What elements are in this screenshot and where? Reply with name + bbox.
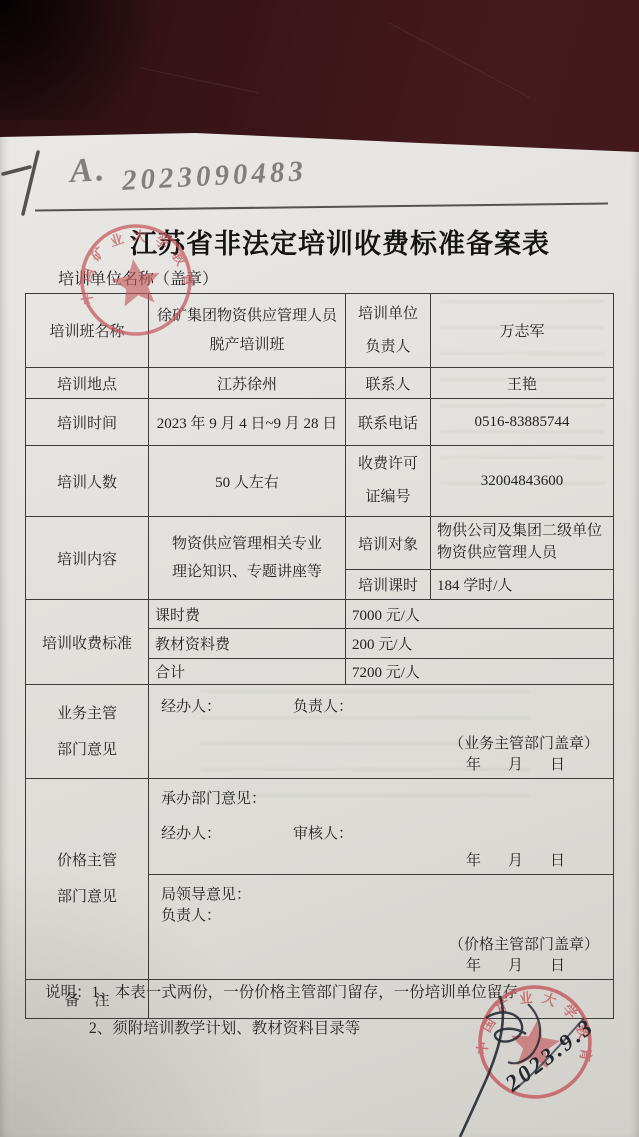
phone-value: 0516-83885744 [431, 399, 614, 446]
audience-label: 培训对象 [346, 517, 431, 570]
content-label: 培训内容 [26, 517, 149, 600]
handwritten-underline [35, 202, 608, 211]
price-dept-label: 价格主管 部门意见 [26, 779, 149, 980]
table-row: 业务主管 部门意见 经办人： 负责人： （业务主管部门盖章） 年 月 日 [26, 685, 614, 779]
section-title: 局领导意见： [161, 883, 601, 904]
table-row: 价格主管 部门意见 承办部门意见： 经办人： 审核人： 年 月 日 [26, 779, 614, 875]
reviewer-label: 审核人： [293, 822, 353, 843]
contact-value: 王艳 [431, 368, 614, 399]
content-value: 物资供应管理相关专业 理论知识、专题讲座等 [149, 517, 346, 600]
date-line: 年 月 日 [161, 849, 601, 870]
notes-block: 说明：1、本表一式两份，一份价格主管部门留存，一份培训单位留存 2、须附培训教学… [45, 980, 518, 1038]
unit-head-value: 万志军 [431, 294, 614, 368]
business-dept-opinion-cell: 经办人： 负责人： （业务主管部门盖章） 年 月 日 [149, 685, 614, 779]
note-line-1: 说明：1、本表一式两份，一份价格主管部门留存，一份培训单位留存 [45, 980, 518, 1002]
time-value: 2023 年 9 月 4 日~9 月 28 日 [149, 399, 346, 446]
fee-item-value: 7200 元/人 [346, 659, 614, 685]
star-icon [109, 256, 164, 308]
permit-value: 32004843600 [431, 446, 614, 517]
section-title: 承办部门意见： [161, 787, 601, 808]
photo-of-filing-form: A. 2023090483 江苏省非法定培训收费标准备案表 培训单位名称（盖章）… [0, 0, 639, 1137]
seal-note: （业务主管部门盖章） [161, 732, 601, 753]
price-dept-section1-cell: 承办部门意见： 经办人： 审核人： 年 月 日 [149, 779, 614, 875]
location-label: 培训地点 [26, 368, 149, 399]
handler-label: 经办人： [161, 695, 221, 716]
table-row: 培训内容 物资供应管理相关专业 理论知识、专题讲座等 培训对象 物供公司及集团二… [26, 517, 614, 570]
headcount-label: 培训人数 [26, 446, 149, 517]
handwritten-prefix: A. [69, 151, 108, 191]
fees-label: 培训收费标准 [26, 600, 149, 685]
audience-value: 物供公司及集团二级单位 物资供应管理人员 [431, 517, 614, 570]
headcount-value: 50 人左右 [149, 446, 346, 517]
handwritten-number: 2023090483 [121, 155, 307, 198]
business-dept-label: 业务主管 部门意见 [26, 685, 149, 779]
seal-note: （价格主管部门盖章） [161, 933, 601, 954]
paper-sheet: A. 2023090483 江苏省非法定培训收费标准备案表 培训单位名称（盖章）… [0, 0, 639, 1137]
table-row: 培训时间 2023 年 9 月 4 日~9 月 28 日 联系电话 0516-8… [26, 399, 614, 446]
fee-item-value: 200 元/人 [346, 629, 614, 659]
location-value: 江苏徐州 [149, 368, 346, 399]
price-dept-section2-cell: 局领导意见： 负责人： （价格主管部门盖章） 年 月 日 [149, 875, 614, 980]
fee-item-name: 教材资料费 [149, 629, 346, 659]
date-line: 年 月 日 [161, 753, 601, 774]
head-label: 负责人： [293, 695, 353, 716]
note-line-2: 2、须附培训教学计划、教材资料目录等 [45, 1016, 518, 1038]
unit-head-label: 培训单位负责人 [346, 294, 431, 368]
date-line: 年 月 日 [161, 954, 601, 975]
table-row: 培训地点 江苏徐州 联系人 王艳 [26, 368, 614, 399]
filing-form-table: 培训班名称 徐矿集团物资供应管理人员 脱产培训班 培训单位负责人 万志军 培训地… [25, 293, 614, 1019]
time-label: 培训时间 [26, 399, 149, 446]
hours-label: 培训课时 [346, 570, 431, 600]
desk-shadow [0, 0, 200, 120]
table-row: 培训收费标准 课时费 7000 元/人 [26, 600, 614, 629]
pen-marks [0, 140, 60, 230]
fee-item-name: 课时费 [149, 600, 346, 629]
fee-item-value: 7000 元/人 [346, 600, 614, 629]
desk-scratch [389, 23, 531, 99]
unit-seal-top: 中国矿业大学教育培训中心 [66, 210, 206, 350]
handler-label: 经办人： [161, 822, 221, 843]
hours-value: 184 学时/人 [431, 570, 614, 600]
table-row: 培训人数 50 人左右 收费许可证编号 32004843600 [26, 446, 614, 517]
phone-label: 联系电话 [346, 399, 431, 446]
contact-label: 联系人 [346, 368, 431, 399]
head-label: 负责人： [161, 904, 601, 925]
fee-item-name: 合计 [149, 659, 346, 685]
permit-label: 收费许可证编号 [346, 446, 431, 517]
